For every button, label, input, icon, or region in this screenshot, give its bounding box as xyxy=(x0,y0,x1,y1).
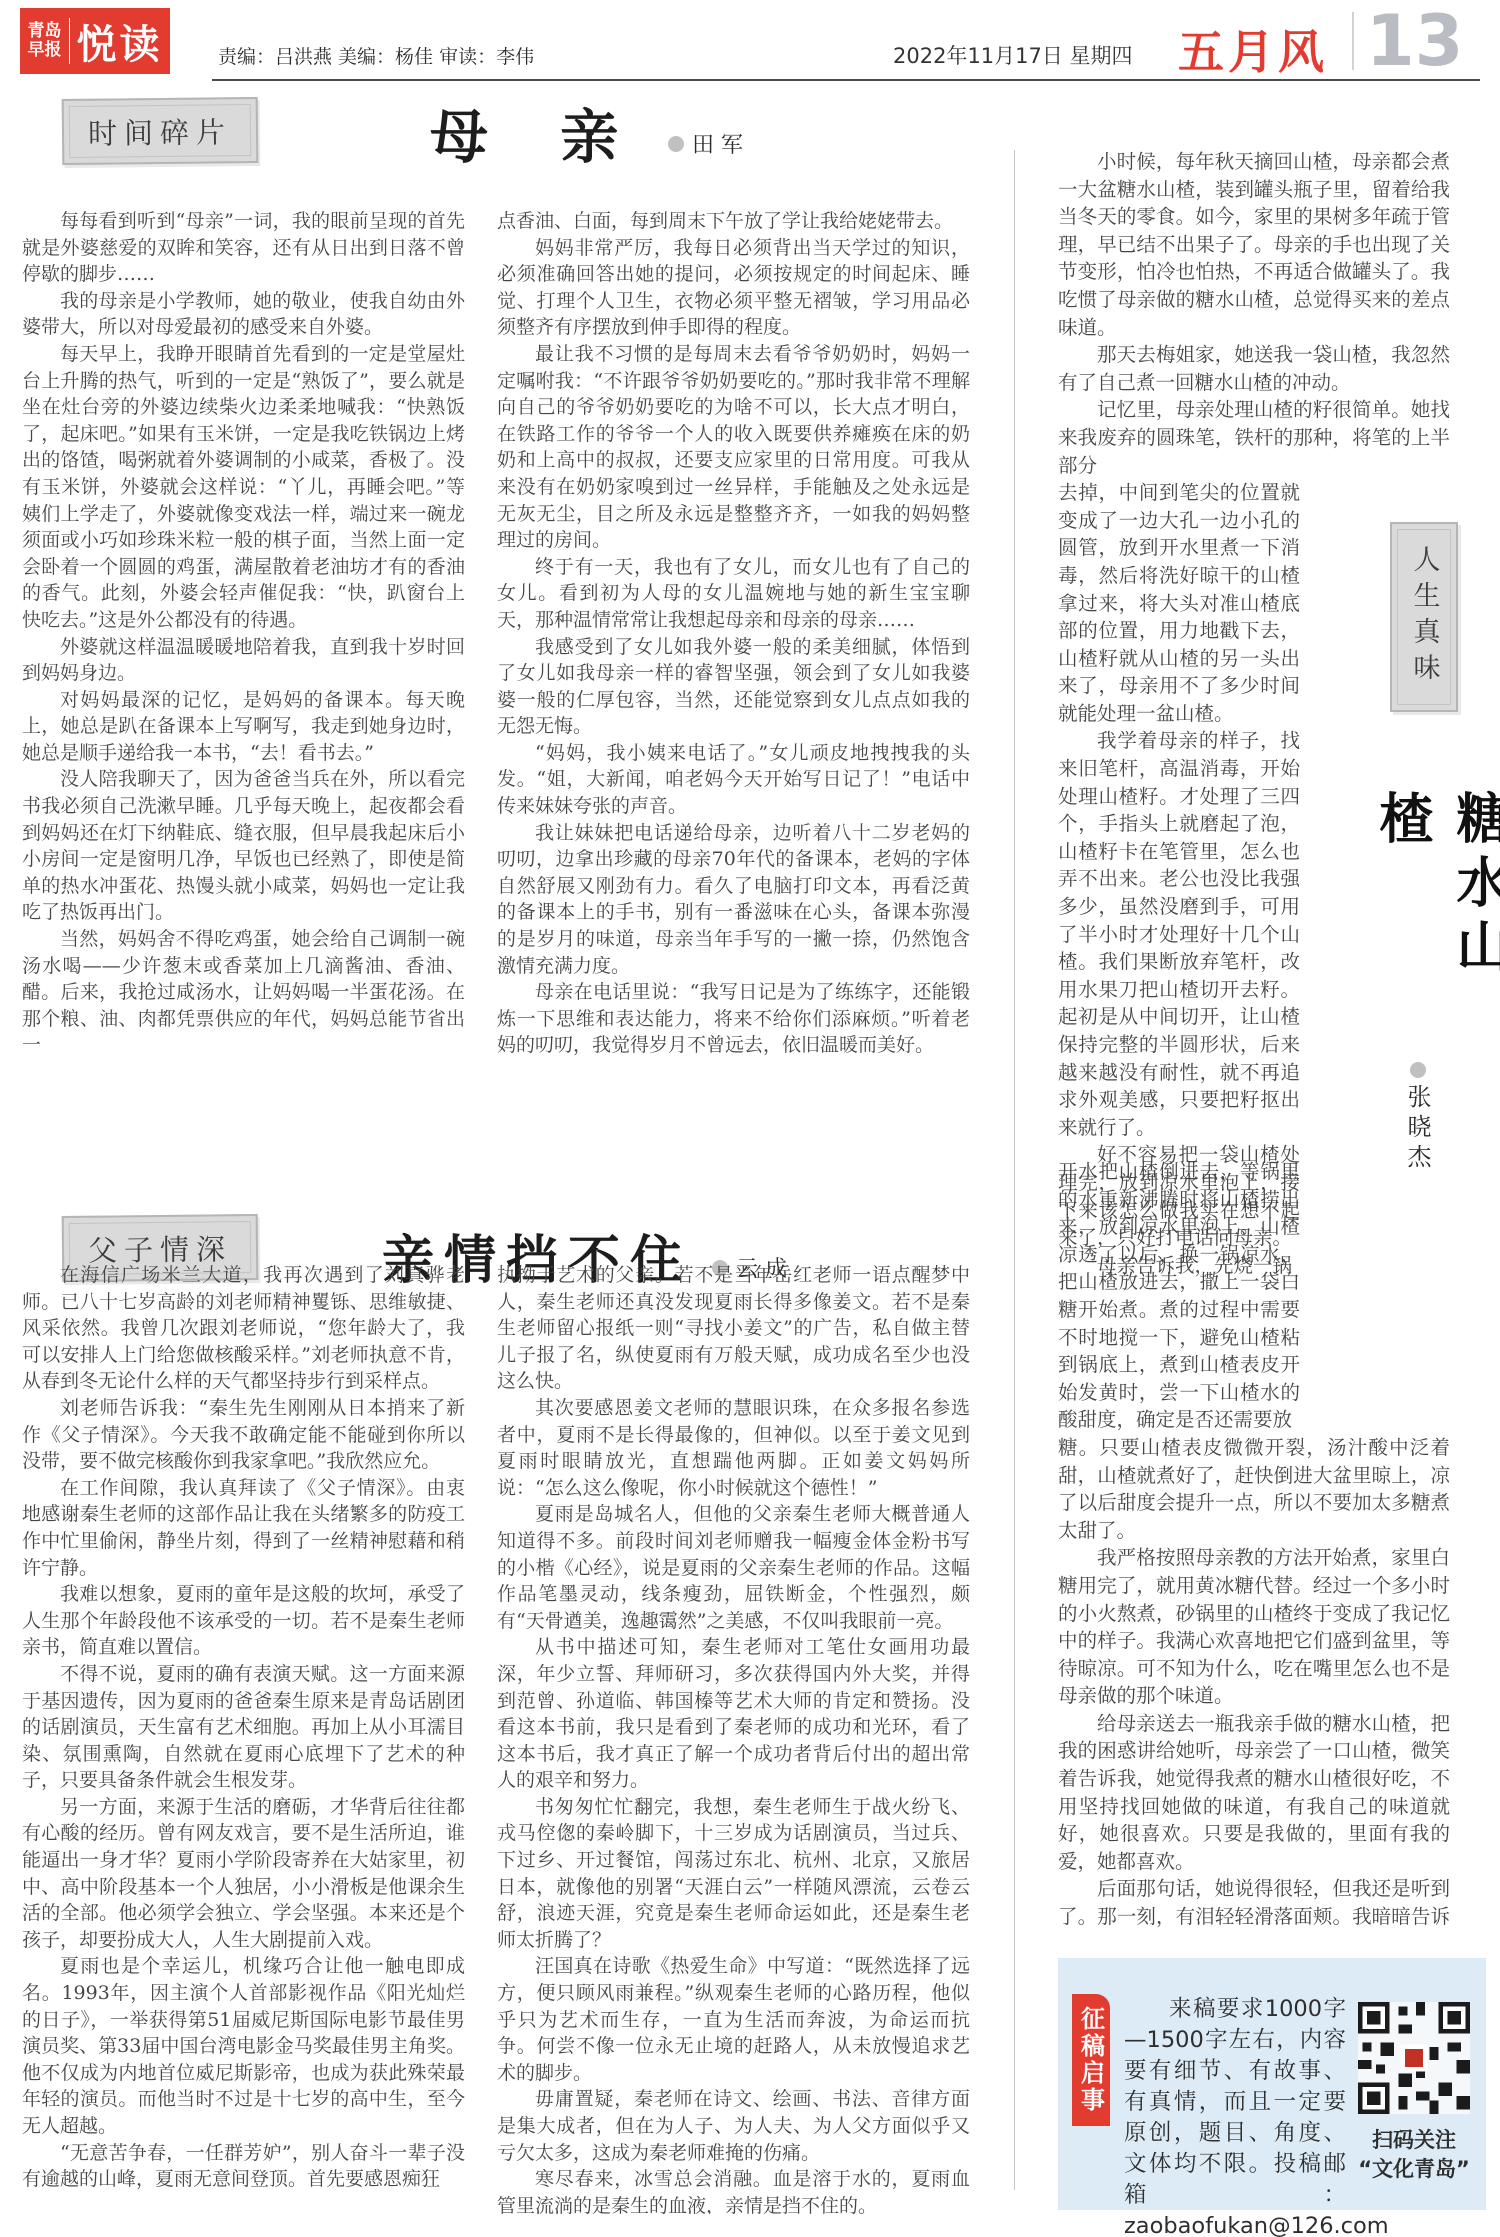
article-tag-time-fragments: 时间碎片 xyxy=(62,97,259,165)
page-number: 13 xyxy=(1366,0,1463,82)
article-title-shanzha: 糖水山楂 xyxy=(1364,790,1500,1030)
shanzha-bottom-column: 开水把山楂倒进去，等锅里的水重新沸腾时将山楂捞出来，放到凉水里泡上。山楂凉透了以… xyxy=(1058,1158,1450,1930)
article-title-mother: 母 亲 xyxy=(430,90,644,174)
qr-code-icon xyxy=(1358,2002,1470,2114)
newspaper-page: 青岛早报 悦读 责编：吕洪燕 美编：杨佳 审读：李伟 2022年11月17日 星… xyxy=(0,0,1500,2237)
mother-column-1: 每每看到听到“母亲”一词，我的眼前呈现的首先就是外婆慈爱的双眸和笑容，还有从日出… xyxy=(22,208,465,1118)
qinqing-column-1: 在海信广场米兰大道，我再次遇到了刘真骅老师。已八十七岁高龄的刘老师精神矍铄、思维… xyxy=(22,1262,465,2214)
article-author-mother: 田 军 xyxy=(668,128,743,159)
masthead-logo: 青岛早报 悦读 xyxy=(20,8,170,74)
qr-caption: 扫码关注 “文化青岛” xyxy=(1346,2126,1482,2184)
shanzha-top-wide: 小时候，每年秋天摘回山楂，母亲都会煮一大盆糖水山楂，装到罐头瓶子里，留着给我当冬… xyxy=(1058,148,1450,479)
logo-divider xyxy=(69,18,70,64)
column-divider-rule xyxy=(1014,150,1015,2190)
section-title: 悦读 xyxy=(77,13,163,70)
mother-column-2: 点香油、白面，每到周末下午放了学让我给姥姥带去。妈妈非常严厉，我每日必须背出当天… xyxy=(497,208,970,1118)
masthead-paper-name: 青岛早报 xyxy=(28,22,62,60)
submission-body: 来稿要求1000字—1500字左右，内容要有细节、有故事、有真情，而且一定要原创… xyxy=(1124,1994,1346,2237)
author-dot-icon xyxy=(668,136,684,152)
submission-tab: 征稿启事 xyxy=(1072,1994,1110,2126)
header-rule xyxy=(212,79,1480,81)
editors-line: 责编：吕洪燕 美编：杨佳 审读：李伟 xyxy=(218,42,534,69)
edition-name: 五月风 xyxy=(1178,16,1328,82)
qinqing-column-2: 执拗于艺术的父亲。若不是当年岳红老师一语点醒梦中人，秦生老师还真没发现夏雨长得多… xyxy=(497,1262,970,2214)
author-dot-icon xyxy=(1410,1062,1426,1078)
issue-date: 2022年11月17日 星期四 xyxy=(893,40,1133,70)
submission-notice-box: 征稿启事 来稿要求1000字—1500字左右，内容要有细节、有故事、有真情，而且… xyxy=(1058,1958,1486,2210)
article-tag-life-taste: 人生真味 xyxy=(1390,522,1458,712)
page-number-divider xyxy=(1352,12,1354,70)
shanzha-bottom-wide: 糖。只要山楂表皮微微开裂，汤汁酸中泛着甜，山楂就煮好了，赶快倒进大盆里晾上，凉了… xyxy=(1058,1434,1450,1930)
shanzha-top-column: 小时候，每年秋天摘回山楂，母亲都会煮一大盆糖水山楂，装到罐头瓶子里，留着给我当冬… xyxy=(1058,148,1450,1279)
shanzha-bottom-narrow: 开水把山楂倒进去，等锅里的水重新沸腾时将山楂捞出来，放到凉水里泡上。山楂凉透了以… xyxy=(1058,1158,1300,1434)
